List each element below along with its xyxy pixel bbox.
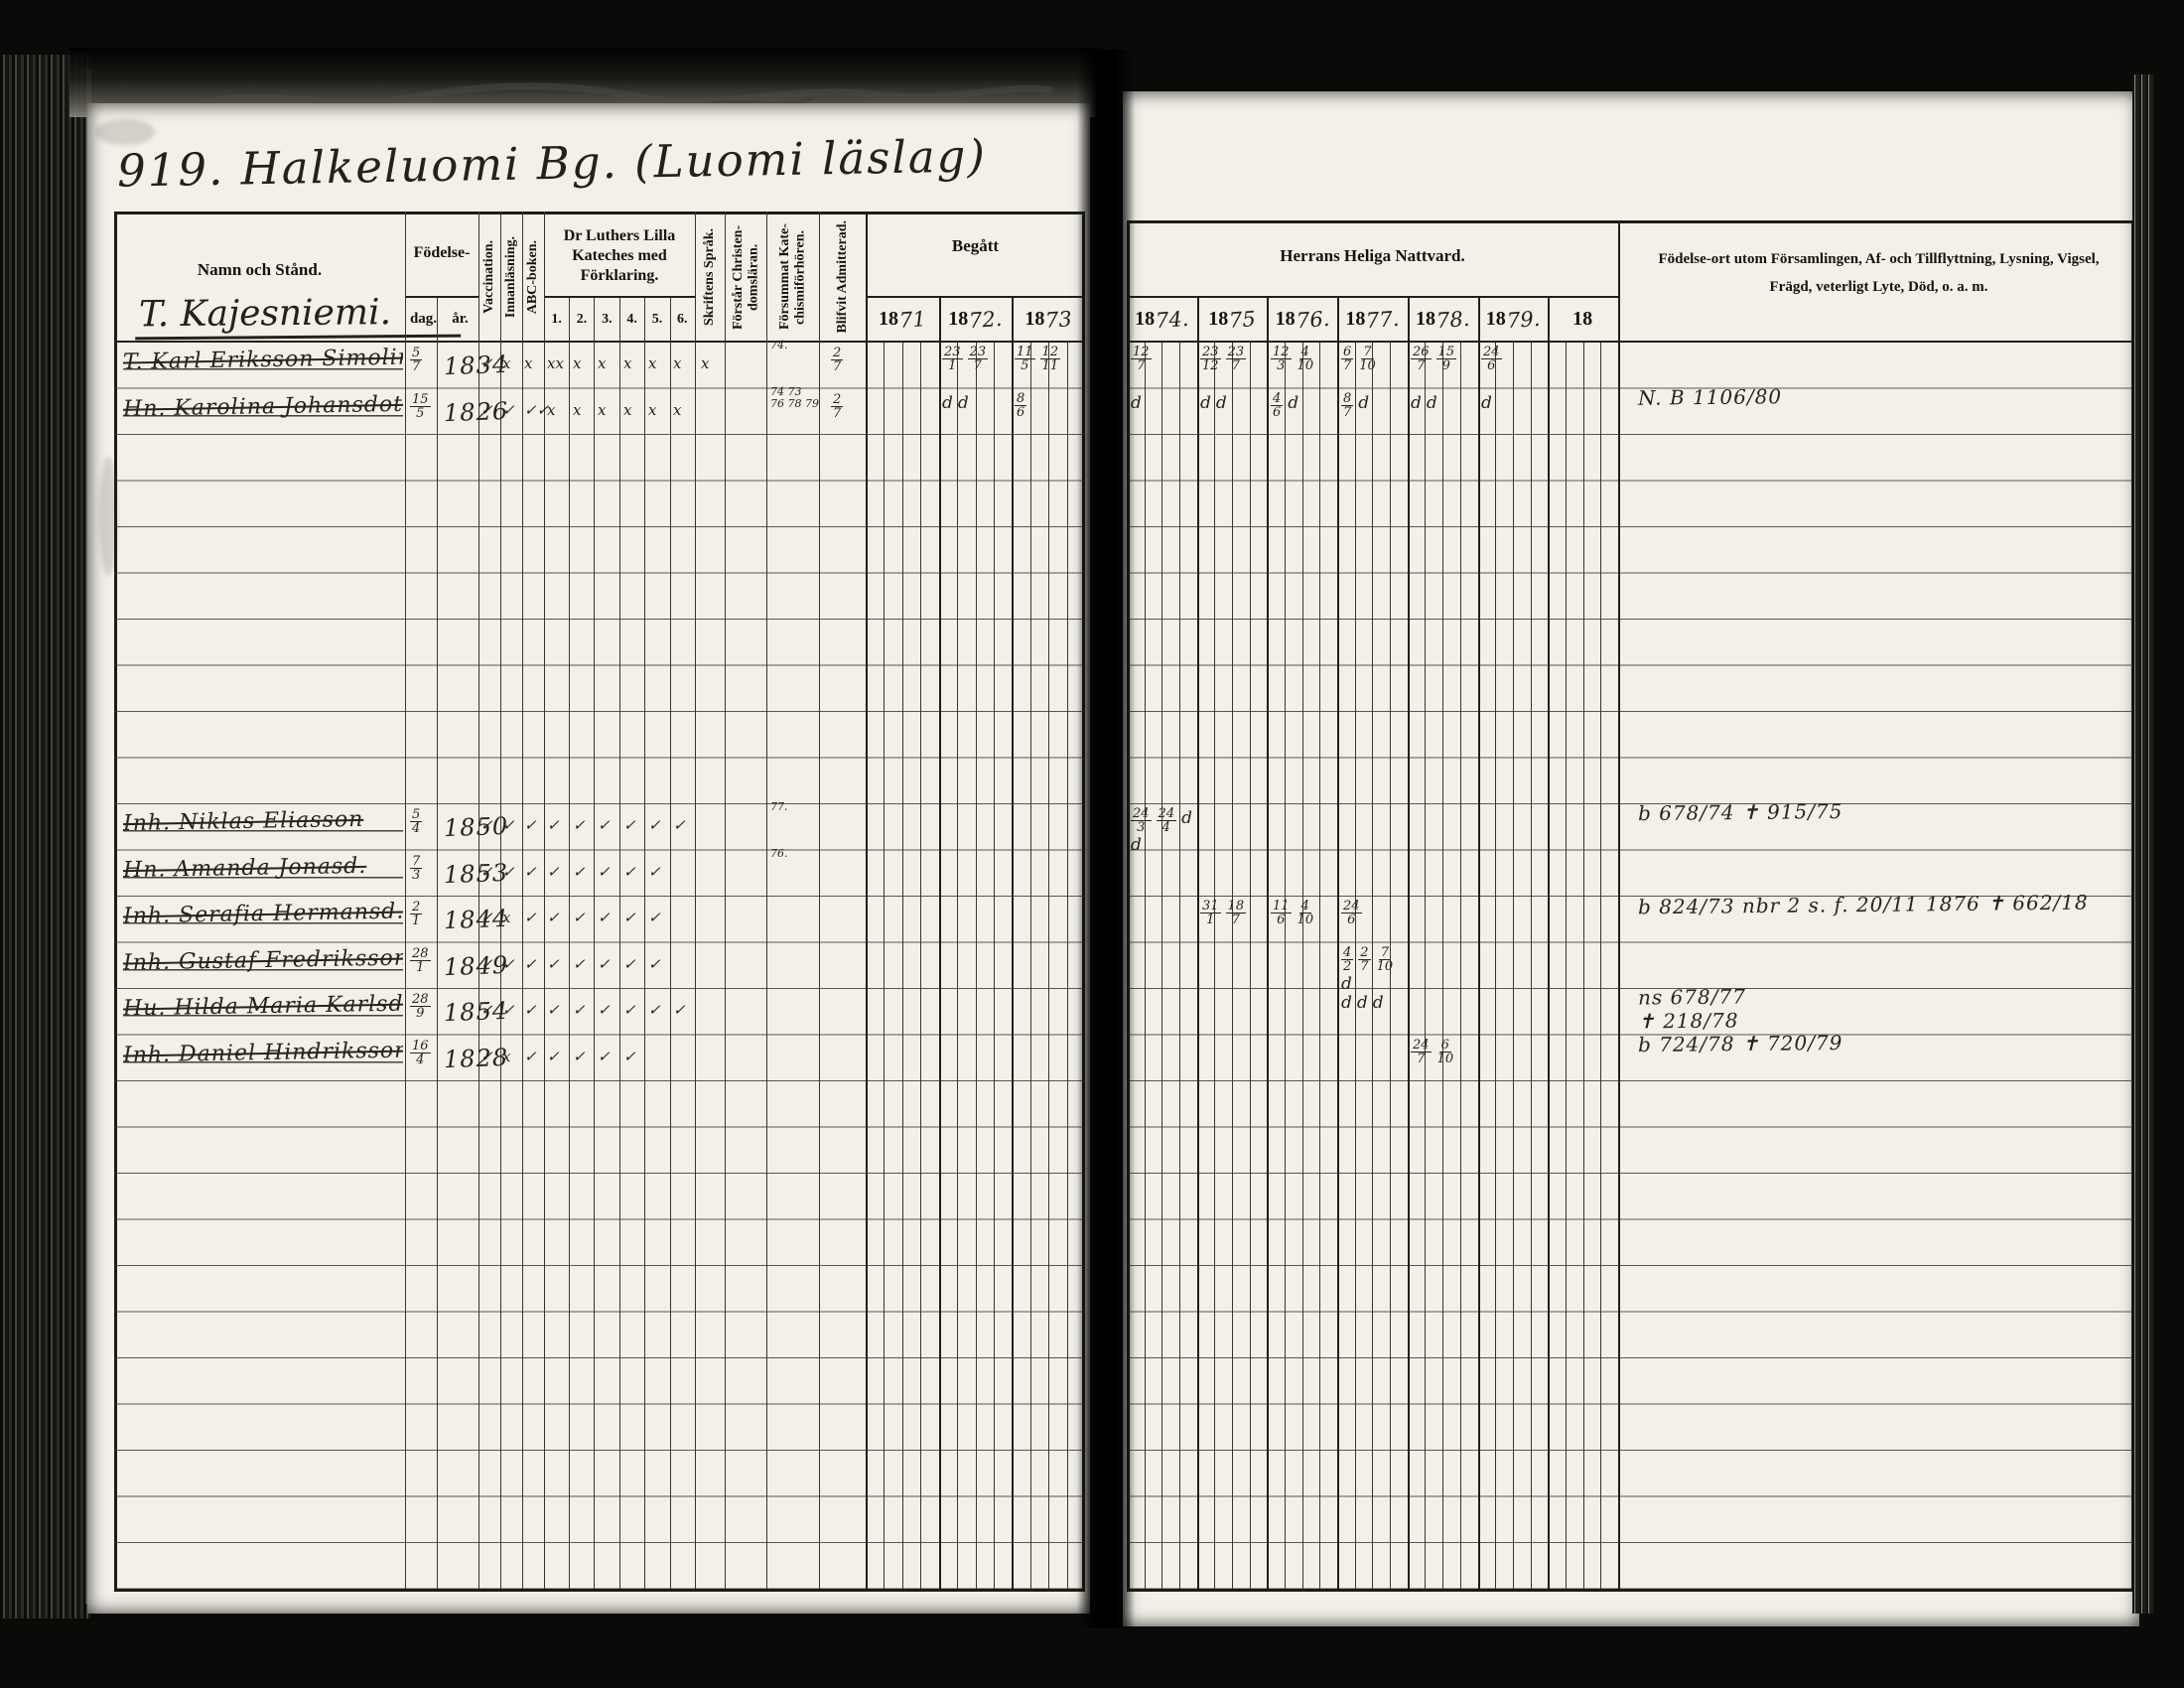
entry-name-text: Inh. Daniel Hindriksson: [123, 1041, 403, 1068]
fraction-numerator: 4: [1341, 946, 1353, 960]
reading-mark: x: [623, 354, 631, 372]
reading-mark: ✓: [623, 863, 636, 881]
communion-year-marks: 247610: [1411, 1039, 1478, 1065]
communion-year-marks: ddd: [1341, 992, 1409, 1012]
fraction-denominator: 7: [973, 359, 983, 372]
fraction-denominator: 7: [1342, 359, 1352, 372]
communion-mark: d: [1200, 392, 1211, 412]
fraction-denominator: 7: [1231, 359, 1241, 372]
reading-mark: x: [673, 401, 681, 419]
communion-year-marks: 243244dd: [1131, 807, 1198, 854]
communion-mark: d: [958, 392, 969, 412]
communion-date-fraction: 1211: [1040, 346, 1061, 372]
entry-name-text: Hn. Karolina Johansdotter: [123, 394, 403, 422]
birth-day-fraction: 73: [410, 855, 422, 882]
fraction-numerator: 18: [1226, 900, 1247, 914]
communion-mark: d: [1411, 392, 1422, 412]
entry-name: Inh. Niklas Eliasson: [123, 809, 403, 845]
fraction-denominator: 7: [1416, 359, 1426, 372]
reading-mark: ✓: [573, 816, 586, 834]
reading-mark: ✓: [598, 909, 611, 926]
reading-mark: ✓: [623, 909, 636, 926]
reading-mark: x: [502, 354, 510, 372]
birth-day-fraction: 155: [410, 393, 431, 420]
fraction-numerator: 7: [410, 855, 422, 869]
birth-year: 1828: [444, 1043, 509, 1072]
admitted-date-fraction: 27: [831, 347, 843, 373]
birth-day-fraction: 164: [410, 1040, 431, 1066]
right-page-edge: [2132, 74, 2154, 1614]
birth-day-fraction: 289: [410, 993, 431, 1020]
fraction-numerator: 15: [410, 393, 431, 407]
reading-mark: ✓: [648, 1001, 661, 1019]
communion-date-fraction: 2312: [1200, 346, 1221, 372]
reading-mark: ✓: [480, 955, 493, 973]
binding-gutter-shadow: [1077, 50, 1135, 1628]
reading-mark: x: [648, 401, 656, 419]
communion-date-fraction: 42: [1341, 946, 1353, 973]
entry-name-text: Inh. Gustaf Fredriksson: [123, 948, 403, 976]
reading-mark: x: [701, 354, 709, 372]
communion-year-marks: 4227710d: [1341, 946, 1409, 993]
communion-date-fraction: 246: [1481, 346, 1502, 372]
reading-mark: x: [502, 1048, 510, 1065]
communion-date-fraction: 710: [1376, 946, 1395, 973]
fraction-denominator: 2: [1342, 960, 1352, 973]
margin-note: b 724/78 ✝ 720/79: [1638, 1030, 1843, 1055]
fraction-numerator: 24: [1411, 1039, 1432, 1053]
reading-mark: ✓: [648, 909, 661, 926]
communion-year-marks: 87d: [1341, 392, 1409, 419]
entry-name-text: Inh. Niklas Eliasson: [123, 809, 364, 836]
reading-mark: ✓: [480, 354, 493, 372]
communion-mark: d: [1481, 392, 1492, 412]
communion-date-fraction: 87: [1341, 392, 1353, 419]
communion-date-fraction: 247: [1411, 1039, 1432, 1065]
fraction-denominator: 6: [1346, 914, 1356, 926]
communion-date-fraction: 311: [1200, 900, 1221, 926]
fraction-denominator: 4: [411, 822, 421, 835]
reading-mark: ✓: [524, 816, 537, 834]
margin-note: b 678/74 ✝ 915/75: [1638, 799, 1843, 825]
communion-year-marks: 127: [1131, 346, 1198, 372]
reading-mark: ✓: [524, 1048, 537, 1065]
reading-mark: ✓: [673, 1001, 686, 1019]
reading-mark: ✓: [573, 863, 586, 881]
communion-date-fraction: 237: [1226, 346, 1247, 372]
reading-mark: x: [623, 401, 631, 419]
communion-date-fraction: 246: [1341, 900, 1362, 926]
fraction-numerator: 7: [1379, 946, 1391, 960]
fraction-denominator: 6: [1016, 406, 1025, 419]
fraction-denominator: 7: [411, 360, 421, 373]
communion-year-marks: 116410: [1271, 900, 1338, 926]
fraction-numerator: 28: [410, 947, 431, 961]
communion-year-marks: 67710: [1341, 346, 1409, 372]
reading-mark: xx: [547, 354, 564, 372]
entry-name: Inh. Gustaf Fredriksson: [123, 948, 403, 984]
fraction-denominator: 1: [411, 914, 421, 927]
reading-mark: ✓: [598, 863, 611, 881]
reading-mark: ✓: [480, 863, 493, 881]
communion-year-marks: 123410: [1271, 346, 1338, 372]
reading-mark: ✓✓: [524, 401, 549, 419]
reading-mark: x: [648, 354, 656, 372]
fraction-numerator: 23: [1226, 346, 1247, 359]
reading-mark: ✓: [623, 955, 636, 973]
communion-year-marks: dd: [1411, 392, 1478, 412]
fraction-denominator: 10: [1376, 960, 1395, 973]
entry-name-text: T. Karl Eriksson Simolin: [123, 348, 403, 375]
reading-mark: ✓: [573, 909, 586, 926]
fraction-numerator: 4: [1299, 900, 1311, 914]
reading-mark: ✓: [623, 1048, 636, 1065]
reading-mark: ✓: [547, 1001, 560, 1019]
fraction-numerator: 15: [1436, 346, 1457, 359]
fraction-numerator: 5: [410, 347, 422, 360]
communion-year-marks: 1151211: [1015, 346, 1082, 372]
communion-year-marks: 86: [1015, 392, 1082, 419]
reading-mark: ✓: [480, 909, 493, 926]
entry-name: Hn. Amanda Jonasd.: [123, 856, 403, 892]
fraction-denominator: 10: [1358, 359, 1377, 372]
reading-mark: ✓: [502, 863, 515, 881]
fraction-numerator: 16: [410, 1040, 431, 1054]
fraction-denominator: 7: [1359, 960, 1369, 973]
reading-mark: ✓: [524, 863, 537, 881]
fraction-denominator: 6: [1276, 914, 1286, 926]
reading-mark: x: [573, 401, 581, 419]
communion-date-fraction: 27: [1358, 946, 1370, 973]
reading-mark: x: [598, 401, 606, 419]
reading-mark: ✓: [573, 1048, 586, 1065]
fraction-denominator: 3: [1136, 821, 1146, 834]
fraction-numerator: 2: [831, 347, 843, 360]
fraction-denominator: 7: [832, 407, 842, 420]
reading-mark: x: [573, 354, 581, 372]
communion-date-fraction: 123: [1271, 346, 1292, 372]
fraction-denominator: 10: [1436, 1053, 1455, 1065]
examination-year-note: 74.: [770, 339, 788, 352]
reading-mark: ✓: [573, 1001, 586, 1019]
reading-mark: ✓: [480, 401, 493, 419]
fraction-denominator: 9: [415, 1007, 425, 1020]
birth-year: 1849: [444, 950, 509, 980]
fraction-numerator: 2: [1358, 946, 1370, 960]
fraction-numerator: 26: [1411, 346, 1432, 359]
fraction-denominator: 1: [1205, 914, 1215, 926]
communion-date-fraction: 267: [1411, 346, 1432, 372]
communion-date-fraction: 115: [1015, 346, 1035, 372]
communion-mark: d: [1358, 392, 1369, 419]
reading-mark: ✓: [598, 816, 611, 834]
birth-day-fraction: 21: [410, 901, 422, 927]
fraction-denominator: 4: [1161, 821, 1171, 834]
communion-year-marks: 267159: [1411, 346, 1478, 372]
margin-note: ✝ 218/78: [1638, 1008, 1739, 1033]
reading-mark: ✓: [524, 955, 537, 973]
fraction-numerator: 24: [1157, 807, 1177, 821]
communion-mark: d: [942, 392, 953, 412]
fraction-numerator: 8: [1341, 392, 1353, 406]
reading-mark: x: [547, 401, 555, 419]
communion-date-fraction: 410: [1297, 900, 1315, 926]
fraction-numerator: 12: [1271, 346, 1292, 359]
communion-date-fraction: 237: [968, 346, 989, 372]
communion-year-marks: d: [1481, 392, 1549, 412]
fraction-numerator: 23: [968, 346, 989, 359]
reading-mark: ✓: [502, 955, 515, 973]
entry-name: Hu. Hilda Maria Karlsd.: [123, 994, 403, 1030]
communion-year-marks: 311187: [1200, 900, 1268, 926]
communion-year-marks: 246: [1341, 900, 1409, 926]
communion-year-marks: dd: [1200, 392, 1268, 412]
fraction-numerator: 24: [1341, 900, 1362, 914]
fraction-denominator: 1: [947, 359, 957, 372]
reading-mark: ✓: [480, 1001, 493, 1019]
reading-mark: ✓: [547, 909, 560, 926]
fraction-denominator: 4: [415, 1054, 425, 1066]
reading-mark: ✓: [598, 1048, 611, 1065]
communion-year-marks: d: [1131, 392, 1198, 412]
reading-mark: ✓: [502, 1001, 515, 1019]
communion-year-marks: 46d: [1271, 392, 1338, 419]
birth-year: 1854: [444, 997, 509, 1027]
entry-name: T. Karl Eriksson Simolin: [123, 348, 403, 383]
reading-mark: ✓: [648, 863, 661, 881]
entry-name-text: Hu. Hilda Maria Karlsd.: [123, 994, 403, 1022]
entry-name: Inh. Daniel Hindriksson: [123, 1041, 403, 1076]
fraction-numerator: 2: [831, 393, 843, 407]
birth-day-fraction: 281: [410, 947, 431, 974]
communion-date-fraction: 410: [1297, 346, 1315, 372]
birth-year: 1844: [444, 905, 509, 934]
reading-mark: ✓: [524, 909, 537, 926]
fraction-numerator: 6: [1439, 1039, 1451, 1053]
fraction-denominator: 7: [1342, 406, 1352, 419]
reading-mark: ✓: [547, 1048, 560, 1065]
entry-name: Hn. Karolina Johansdotter: [123, 394, 403, 430]
reading-mark: x: [524, 354, 532, 372]
margin-note: ns 678/77: [1638, 984, 1746, 1009]
communion-date-fraction: 231: [942, 346, 963, 372]
examination-year-note: 76 78 79: [770, 397, 819, 410]
reading-mark: x: [598, 354, 606, 372]
communion-date-fraction: 610: [1436, 1039, 1455, 1065]
fraction-denominator: 9: [1441, 359, 1451, 372]
fraction-numerator: 12: [1040, 346, 1061, 359]
fraction-numerator: 8: [1015, 392, 1026, 406]
communion-year-marks: 2312237: [1200, 346, 1268, 372]
fraction-denominator: 7: [1136, 359, 1146, 372]
reading-mark: ✓: [524, 1001, 537, 1019]
communion-date-fraction: 159: [1436, 346, 1457, 372]
fraction-numerator: 11: [1015, 346, 1035, 359]
fraction-numerator: 31: [1200, 900, 1221, 914]
fraction-numerator: 4: [1271, 392, 1283, 406]
fraction-numerator: 11: [1271, 900, 1292, 914]
communion-year-marks: dd: [942, 392, 1010, 412]
communion-date-fraction: 244: [1157, 807, 1177, 834]
fraction-numerator: 28: [410, 993, 431, 1007]
reading-mark: x: [673, 354, 681, 372]
birth-day-fraction: 54: [410, 808, 422, 835]
communion-date-fraction: 116: [1271, 900, 1292, 926]
fraction-denominator: 5: [1020, 359, 1029, 372]
communion-date-fraction: 67: [1341, 346, 1353, 372]
communion-mark: d: [1357, 992, 1368, 1012]
communion-mark: d: [1288, 392, 1298, 419]
communion-mark: d: [1341, 992, 1352, 1012]
reading-mark: x: [502, 909, 510, 926]
communion-date-fraction: 46: [1271, 392, 1283, 419]
fraction-numerator: 2: [410, 901, 422, 914]
fraction-denominator: 10: [1297, 914, 1315, 926]
reading-mark: ✓: [673, 816, 686, 834]
reading-mark: ✓: [648, 816, 661, 834]
admitted-date-fraction: 27: [831, 393, 843, 420]
birth-year: 1850: [444, 812, 509, 842]
reading-mark: ✓: [480, 1048, 493, 1065]
reading-mark: ✓: [480, 816, 493, 834]
margin-note: b 824/73 nbr 2 s. f. 20/11 1876 ✝ 662/18: [1638, 891, 2089, 919]
fraction-numerator: 4: [1299, 346, 1311, 359]
birth-year: 1834: [444, 351, 509, 380]
margin-note: N. B 1106/80: [1638, 384, 1782, 410]
fraction-numerator: 7: [1361, 346, 1373, 359]
reading-mark: ✓: [502, 401, 515, 419]
reading-mark: ✓: [623, 1001, 636, 1019]
birth-year: 1853: [444, 858, 509, 888]
fraction-denominator: 10: [1297, 359, 1315, 372]
communion-mark: d: [1216, 392, 1227, 412]
fraction-numerator: 23: [942, 346, 963, 359]
entry-name: Inh. Serafia Hermansd.: [123, 902, 403, 937]
reading-mark: ✓: [547, 955, 560, 973]
communion-year-marks: 231237: [942, 346, 1010, 372]
reading-mark: ✓: [648, 955, 661, 973]
examination-year-note: 76.: [770, 847, 788, 860]
scanned-church-record-spread: 919. Halkeluomi Bg. (Luomi läslag) Namn …: [0, 0, 2184, 1688]
reading-mark: ✓: [573, 955, 586, 973]
fraction-denominator: 7: [832, 360, 842, 373]
fraction-denominator: 3: [411, 869, 421, 882]
fraction-numerator: 24: [1481, 346, 1502, 359]
reading-mark: ✓: [598, 955, 611, 973]
fraction-denominator: 3: [1276, 359, 1286, 372]
fraction-denominator: 5: [415, 407, 425, 420]
reading-mark: ✓: [623, 816, 636, 834]
reading-mark: ✓: [598, 1001, 611, 1019]
fraction-numerator: 23: [1200, 346, 1221, 359]
birth-day-fraction: 57: [410, 347, 422, 373]
fraction-denominator: 11: [1041, 359, 1060, 372]
entry-name-text: Hn. Amanda Jonasd.: [123, 856, 366, 883]
fraction-denominator: 6: [1486, 359, 1496, 372]
examination-year-note: 77.: [770, 800, 788, 813]
reading-mark: ✓: [502, 816, 515, 834]
communion-year-marks: 246: [1481, 346, 1549, 372]
communion-mark: d: [1181, 807, 1192, 834]
communion-date-fraction: 86: [1015, 392, 1026, 419]
fraction-numerator: 6: [1341, 346, 1353, 359]
fraction-denominator: 12: [1201, 359, 1220, 372]
fraction-denominator: 1: [415, 961, 425, 974]
reading-mark: ✓: [547, 816, 560, 834]
fraction-denominator: 7: [1416, 1053, 1426, 1065]
fraction-denominator: 7: [1231, 914, 1241, 926]
fraction-numerator: 5: [410, 808, 422, 822]
communion-mark: d: [1427, 392, 1437, 412]
fraction-denominator: 6: [1272, 406, 1282, 419]
entry-name-text: Inh. Serafia Hermansd.: [123, 902, 403, 928]
communion-mark: d: [1373, 992, 1384, 1012]
birth-year: 1826: [444, 396, 509, 426]
communion-date-fraction: 710: [1358, 346, 1377, 372]
reading-mark: ✓: [547, 863, 560, 881]
communion-date-fraction: 187: [1226, 900, 1247, 926]
